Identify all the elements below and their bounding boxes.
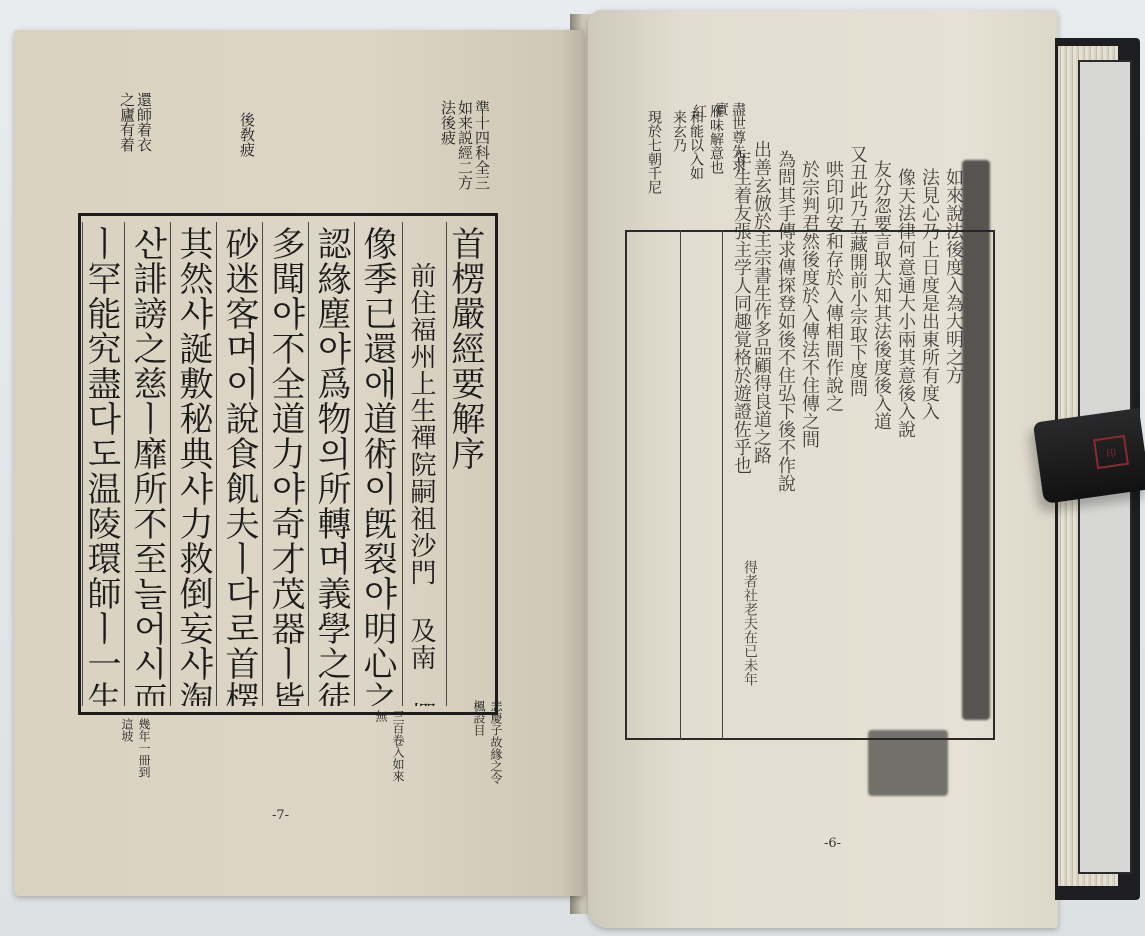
- manuscript-column-3: 為問其手傳求傳探登如後不住弘下後不作說: [776, 150, 795, 710]
- photo-scene: 還師着衣之廬有着 後敎疲 準十四科全三如来説經二方法後疲 首楞嚴經要解序 前住福…: [0, 0, 1145, 936]
- manuscript-column-7: 友分忽要言取大知其法後度後入道: [872, 160, 891, 760]
- empty-column-rule-1: [680, 230, 681, 740]
- text-column-4: 砂迷客며이說食飢夫ㅣ다로首楞嚴王이懸知: [216, 222, 261, 706]
- left-bottom-annotation-center: 三百卷入如來無: [372, 710, 406, 790]
- text-column-1: 像季已還애道術이旣裂야明心之士ㅣ妄: [354, 222, 399, 706]
- left-bottom-annotation-left: 幾年一冊到這坡: [118, 718, 152, 778]
- ink-smudge-right: [962, 160, 990, 720]
- seal-stamp-icon: 印: [1093, 435, 1129, 469]
- manuscript-column-6: 又丑此乃五藏開前小宗取下度問: [848, 145, 867, 725]
- left-page-number: -7-: [272, 808, 289, 823]
- right-top-annotation-3: 和能以入如来玄乃: [670, 110, 704, 190]
- right-lower-annotation: 得者社老夫在已未年: [740, 560, 759, 800]
- empty-column-rule-2: [722, 230, 723, 740]
- ink-smudge-bottom: [868, 730, 948, 796]
- right-top-annotation-4: 現於七朝千尼: [645, 110, 662, 210]
- bookmark-clip: [1033, 408, 1145, 504]
- manuscript-column-2: 年生着友張主学人同趣覚格於遊證佐乎也: [732, 150, 751, 490]
- text-column-2: 認緣塵야爲物의所轉며義學之徒ㅣ虛驕: [308, 222, 353, 706]
- manuscript-column-10: 如來說法後度入為大明之方: [944, 168, 963, 768]
- left-top-annotation-left: 還師着衣之廬有着: [118, 92, 152, 152]
- manuscript-column-9: 法見心乃上日度是出東所有度入: [920, 168, 939, 788]
- text-column-6: 산誹謗之慈ㅣ靡所不至늘어시而末世初機: [124, 222, 169, 706]
- left-top-annotation-right: 準十四科全三如来説經二方法後疲: [440, 100, 490, 200]
- manuscript-column-1: 出善玄倣於主宗書生作多品顧得良道之路: [752, 140, 771, 520]
- printed-text-block: 首楞嚴經要解序 前住福州上生禪院嗣祖沙門 及南 撰 像季已還애道術이旣裂야明心之…: [78, 213, 498, 715]
- left-top-annotation-center: 後敎疲: [238, 112, 255, 172]
- text-column-5: 其然샤誕敷秘典샤力救倒妄샤淘汰啓迪: [170, 222, 215, 706]
- left-bottom-annotation-right: 悲慶子故緣之令楓設目: [468, 700, 504, 790]
- manuscript-column-4: 於宗判君然後度於入傳法不住傳之間: [800, 160, 819, 720]
- text-column-7: ㅣ罕能究盡다도温陵環師ㅣ一生을捲關: [82, 222, 123, 706]
- author-column: 前住福州上生禪院嗣祖沙門 及南 撰: [402, 222, 443, 706]
- right-page-number: -6-: [824, 836, 841, 851]
- manuscript-column-5: 哄印卯安和存於入傳相間作說之: [824, 160, 843, 720]
- text-column-3: 多聞야不全道力야奇才茂器ㅣ皆流爲蒸: [262, 222, 307, 706]
- manuscript-column-8: 像天法律何意通大小兩其意後入說: [896, 168, 915, 788]
- title-column: 首楞嚴經要解序: [446, 222, 487, 706]
